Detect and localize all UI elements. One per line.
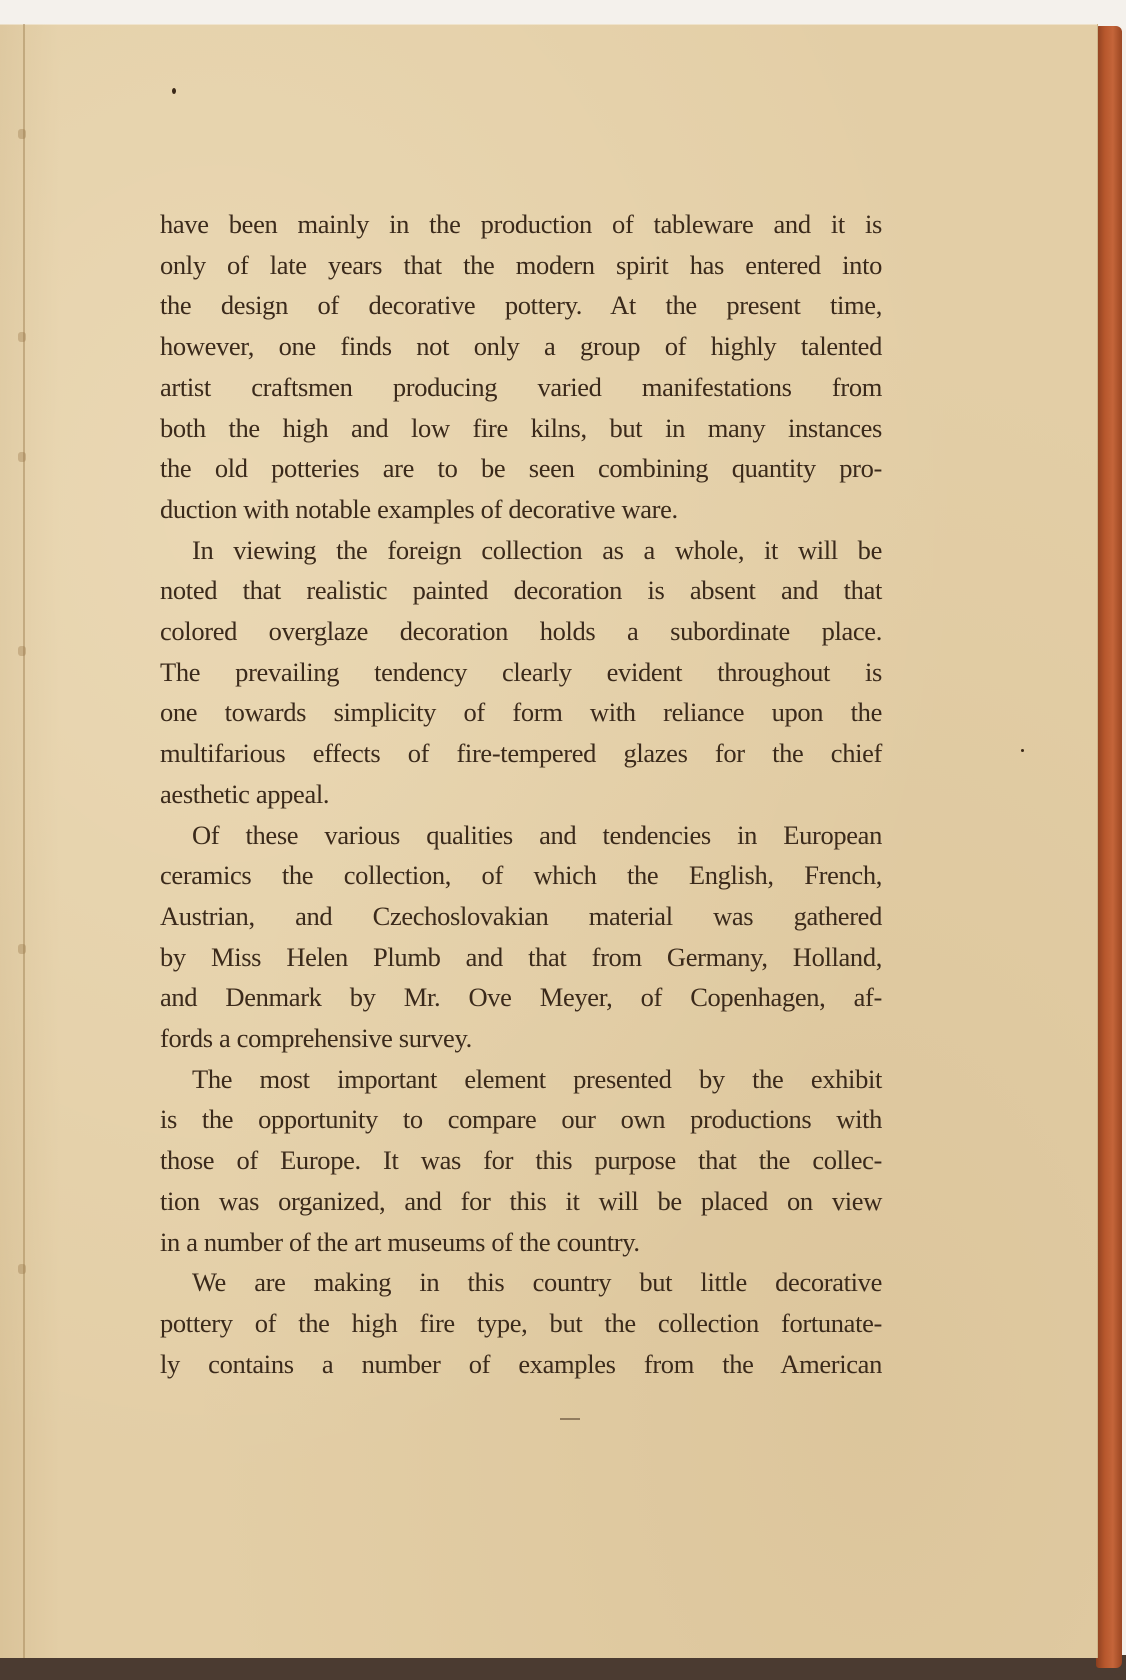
text-line: artist craftsmen producing varied manife… — [160, 367, 882, 407]
text-line: is the opportunity to compare our own pr… — [160, 1099, 882, 1139]
text-line: those of Europe. It was for this purpose… — [160, 1140, 882, 1180]
text-line: noted that realistic painted decoration … — [160, 570, 882, 610]
text-line: duction with notable examples of decorat… — [160, 489, 882, 529]
text-line: ceramics the collection, of which the En… — [160, 855, 882, 895]
book-cover-edge — [1096, 26, 1122, 1668]
backdrop — [0, 1655, 1126, 1680]
text-line: Of these various qualities and tendencie… — [192, 815, 882, 855]
binding-mark — [18, 129, 26, 139]
text-line: pottery of the high fire type, but the c… — [160, 1303, 882, 1343]
text-line: aesthetic appeal. — [160, 774, 882, 814]
text-line: however, one finds not only a group of h… — [160, 326, 882, 366]
spine-fold — [23, 24, 25, 1658]
text-line: multifarious effects of fire-tempered gl… — [160, 733, 882, 773]
text-line: In viewing the foreign collection as a w… — [192, 530, 882, 570]
text-line: have been mainly in the production of ta… — [160, 204, 882, 244]
text-line: only of late years that the modern spiri… — [160, 245, 882, 285]
text-line: We are making in this country but little… — [192, 1262, 882, 1302]
text-line: fords a comprehensive survey. — [160, 1018, 882, 1058]
text-line: by Miss Helen Plumb and that from German… — [160, 937, 882, 977]
binding-mark — [18, 944, 26, 954]
text-line: tion was organized, and for this it will… — [160, 1181, 882, 1221]
book-page: have been mainly in the production of ta… — [0, 24, 1097, 1658]
text-line: in a number of the art museums of the co… — [160, 1222, 882, 1262]
ink-speck — [1021, 749, 1024, 752]
text-line: one towards simplicity of form with reli… — [160, 692, 882, 732]
text-line: the old potteries are to be seen combini… — [160, 448, 882, 488]
binding-mark — [18, 646, 26, 656]
binding-mark — [18, 452, 26, 462]
binding-mark — [18, 1264, 26, 1274]
page-mark-dash — [560, 1418, 580, 1420]
text-line: The prevailing tendency clearly evident … — [160, 652, 882, 692]
ink-speck — [172, 88, 176, 94]
text-line: ly contains a number of examples from th… — [160, 1344, 882, 1384]
text-line: The most important element presented by … — [192, 1059, 882, 1099]
text-line: both the high and low fire kilns, but in… — [160, 408, 882, 448]
text-line: colored overglaze decoration holds a sub… — [160, 611, 882, 651]
text-line: the design of decorative pottery. At the… — [160, 285, 882, 325]
text-line: Austrian, and Czechoslovakian material w… — [160, 896, 882, 936]
text-line: and Denmark by Mr. Ove Meyer, of Copenha… — [160, 977, 882, 1017]
binding-mark — [18, 332, 26, 342]
